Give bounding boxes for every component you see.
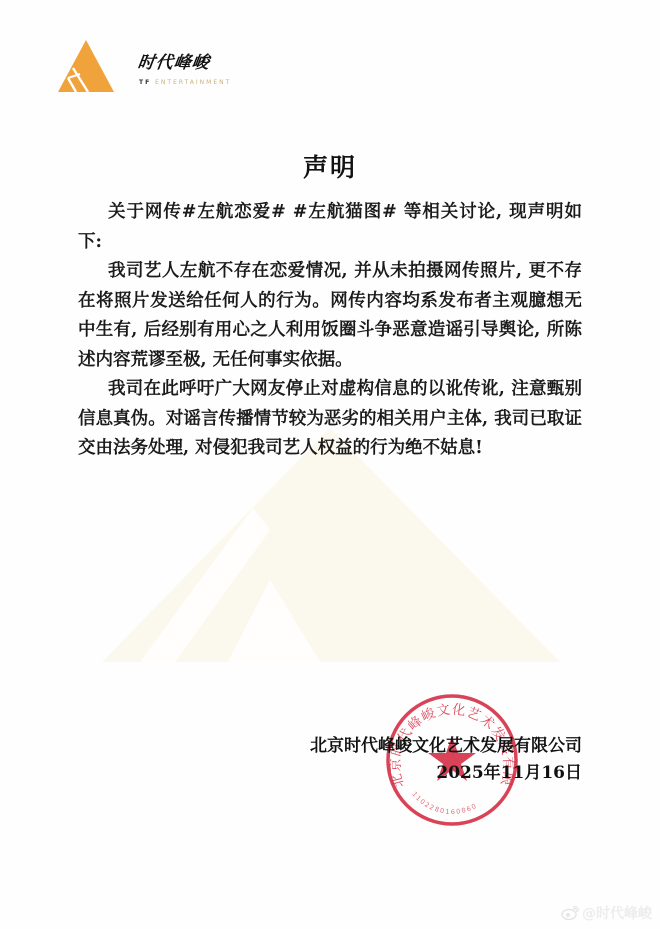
statement-date: 2025年11月16日	[310, 760, 582, 787]
weibo-handle: @时代峰峻	[582, 903, 652, 923]
company-name: 北京时代峰峻文化艺术发展有限公司	[310, 733, 582, 760]
logo-tf: TF	[139, 79, 151, 86]
intro-paragraph: 关于网传#左航恋爱# #左航猫图# 等相关讨论, 现声明如下:	[78, 198, 582, 257]
signature-block: 北京时代峰峻文化艺术发展有限公司 2025年11月16日	[310, 733, 582, 787]
logo-entertainment: ENTERTAINMENT	[155, 79, 231, 86]
seal-number: 1102280160860	[410, 790, 478, 816]
statement-page: 时代峰峻 TF ENTERTAINMENT 声明 关于网传#左航恋爱# #左航猫…	[0, 0, 660, 929]
company-logo: 时代峰峻 TF ENTERTAINMENT	[56, 38, 226, 96]
weibo-icon	[561, 906, 579, 920]
logo-chinese-name: 时代峰峻	[136, 48, 212, 73]
background-triangle-watermark-icon	[0, 0, 660, 929]
statement-paragraph-2: 我司在此呼吁广大网友停止对虚构信息的以讹传讹, 注意甄别信息真伪。对谣言传播情节…	[78, 375, 582, 464]
document-title: 声明	[0, 148, 660, 184]
tf-triangle-logo-icon	[56, 38, 118, 94]
svg-text:1102280160860: 1102280160860	[410, 790, 478, 816]
logo-english-name: TF ENTERTAINMENT	[139, 79, 231, 86]
weibo-watermark: @时代峰峻	[561, 903, 652, 923]
statement-body: 关于网传#左航恋爱# #左航猫图# 等相关讨论, 现声明如下: 我司艺人左航不存…	[78, 198, 582, 464]
statement-paragraph-1: 我司艺人左航不存在恋爱情况, 并从未拍摄网传照片, 更不存在将照片发送给任何人的…	[78, 257, 582, 375]
